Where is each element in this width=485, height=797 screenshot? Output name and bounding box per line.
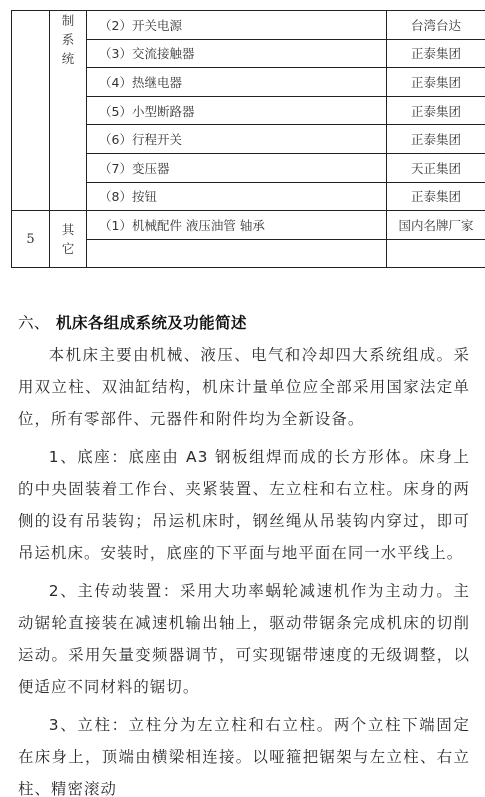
brand-cell: 正泰集团 <box>387 96 485 125</box>
paragraph-main-drive: 2、主传动装置：采用大功率蜗轮减速机作为主动力。主动锯轮直接装在减速机输出轴上，… <box>18 575 470 703</box>
brand-cell: 天正集团 <box>387 153 485 182</box>
brand-cell <box>387 239 485 268</box>
item-cell <box>87 239 387 268</box>
item-cell: （6）行程开关 <box>87 125 387 154</box>
item-cell: （2）开关电源 <box>87 11 387 40</box>
row-number-cell <box>12 11 50 211</box>
category-label: 制系统 <box>61 11 75 68</box>
item-cell: （5）小型断路器 <box>87 96 387 125</box>
category-cell: 其它 <box>50 211 87 268</box>
item-cell: （8）按钮 <box>87 182 387 211</box>
category-label: 其它 <box>61 220 75 258</box>
row-number-cell: 5 <box>12 211 50 268</box>
section-body: 六、机床各组成系统及功能简述 本机床主要由机械、液压、电气和冷却四大系统组成。采… <box>18 307 470 797</box>
table-row: 制系统 （2）开关电源 台湾台达 <box>12 11 485 40</box>
item-cell: （3）交流接触器 <box>87 39 387 68</box>
brand-cell: 正泰集团 <box>387 68 485 97</box>
equipment-brand-table: 制系统 （2）开关电源 台湾台达 （3）交流接触器 正泰集团 （4）热继电器 正… <box>11 10 485 268</box>
category-cell: 制系统 <box>50 11 87 211</box>
paragraph-intro: 本机床主要由机械、液压、电气和冷却四大系统组成。采用双立柱、双油缸结构，机床计量… <box>18 339 470 435</box>
paragraph-column: 3、立柱：立柱分为左立柱和右立柱。两个立柱下端固定在床身上，顶端由横梁相连接。以… <box>18 709 470 797</box>
brand-cell: 台湾台达 <box>387 11 485 40</box>
section-number: 六、 <box>18 307 56 339</box>
brand-cell: 国内名牌厂家 <box>387 211 485 240</box>
section-heading: 六、机床各组成系统及功能简述 <box>18 307 470 339</box>
item-cell: （4）热继电器 <box>87 68 387 97</box>
brand-cell: 正泰集团 <box>387 39 485 68</box>
brand-cell: 正泰集团 <box>387 182 485 211</box>
brand-cell: 正泰集团 <box>387 125 485 154</box>
table-row: 5 其它 （1）机械配件 液压油管 轴承 国内名牌厂家 <box>12 211 485 240</box>
item-cell: （1）机械配件 液压油管 轴承 <box>87 211 387 240</box>
section-title: 机床各组成系统及功能简述 <box>56 314 247 332</box>
item-cell: （7）变压器 <box>87 153 387 182</box>
paragraph-base: 1、底座：底座由 A3 钢板组焊而成的长方形体。床身上的中央固装着工作台、夹紧装… <box>18 441 470 569</box>
